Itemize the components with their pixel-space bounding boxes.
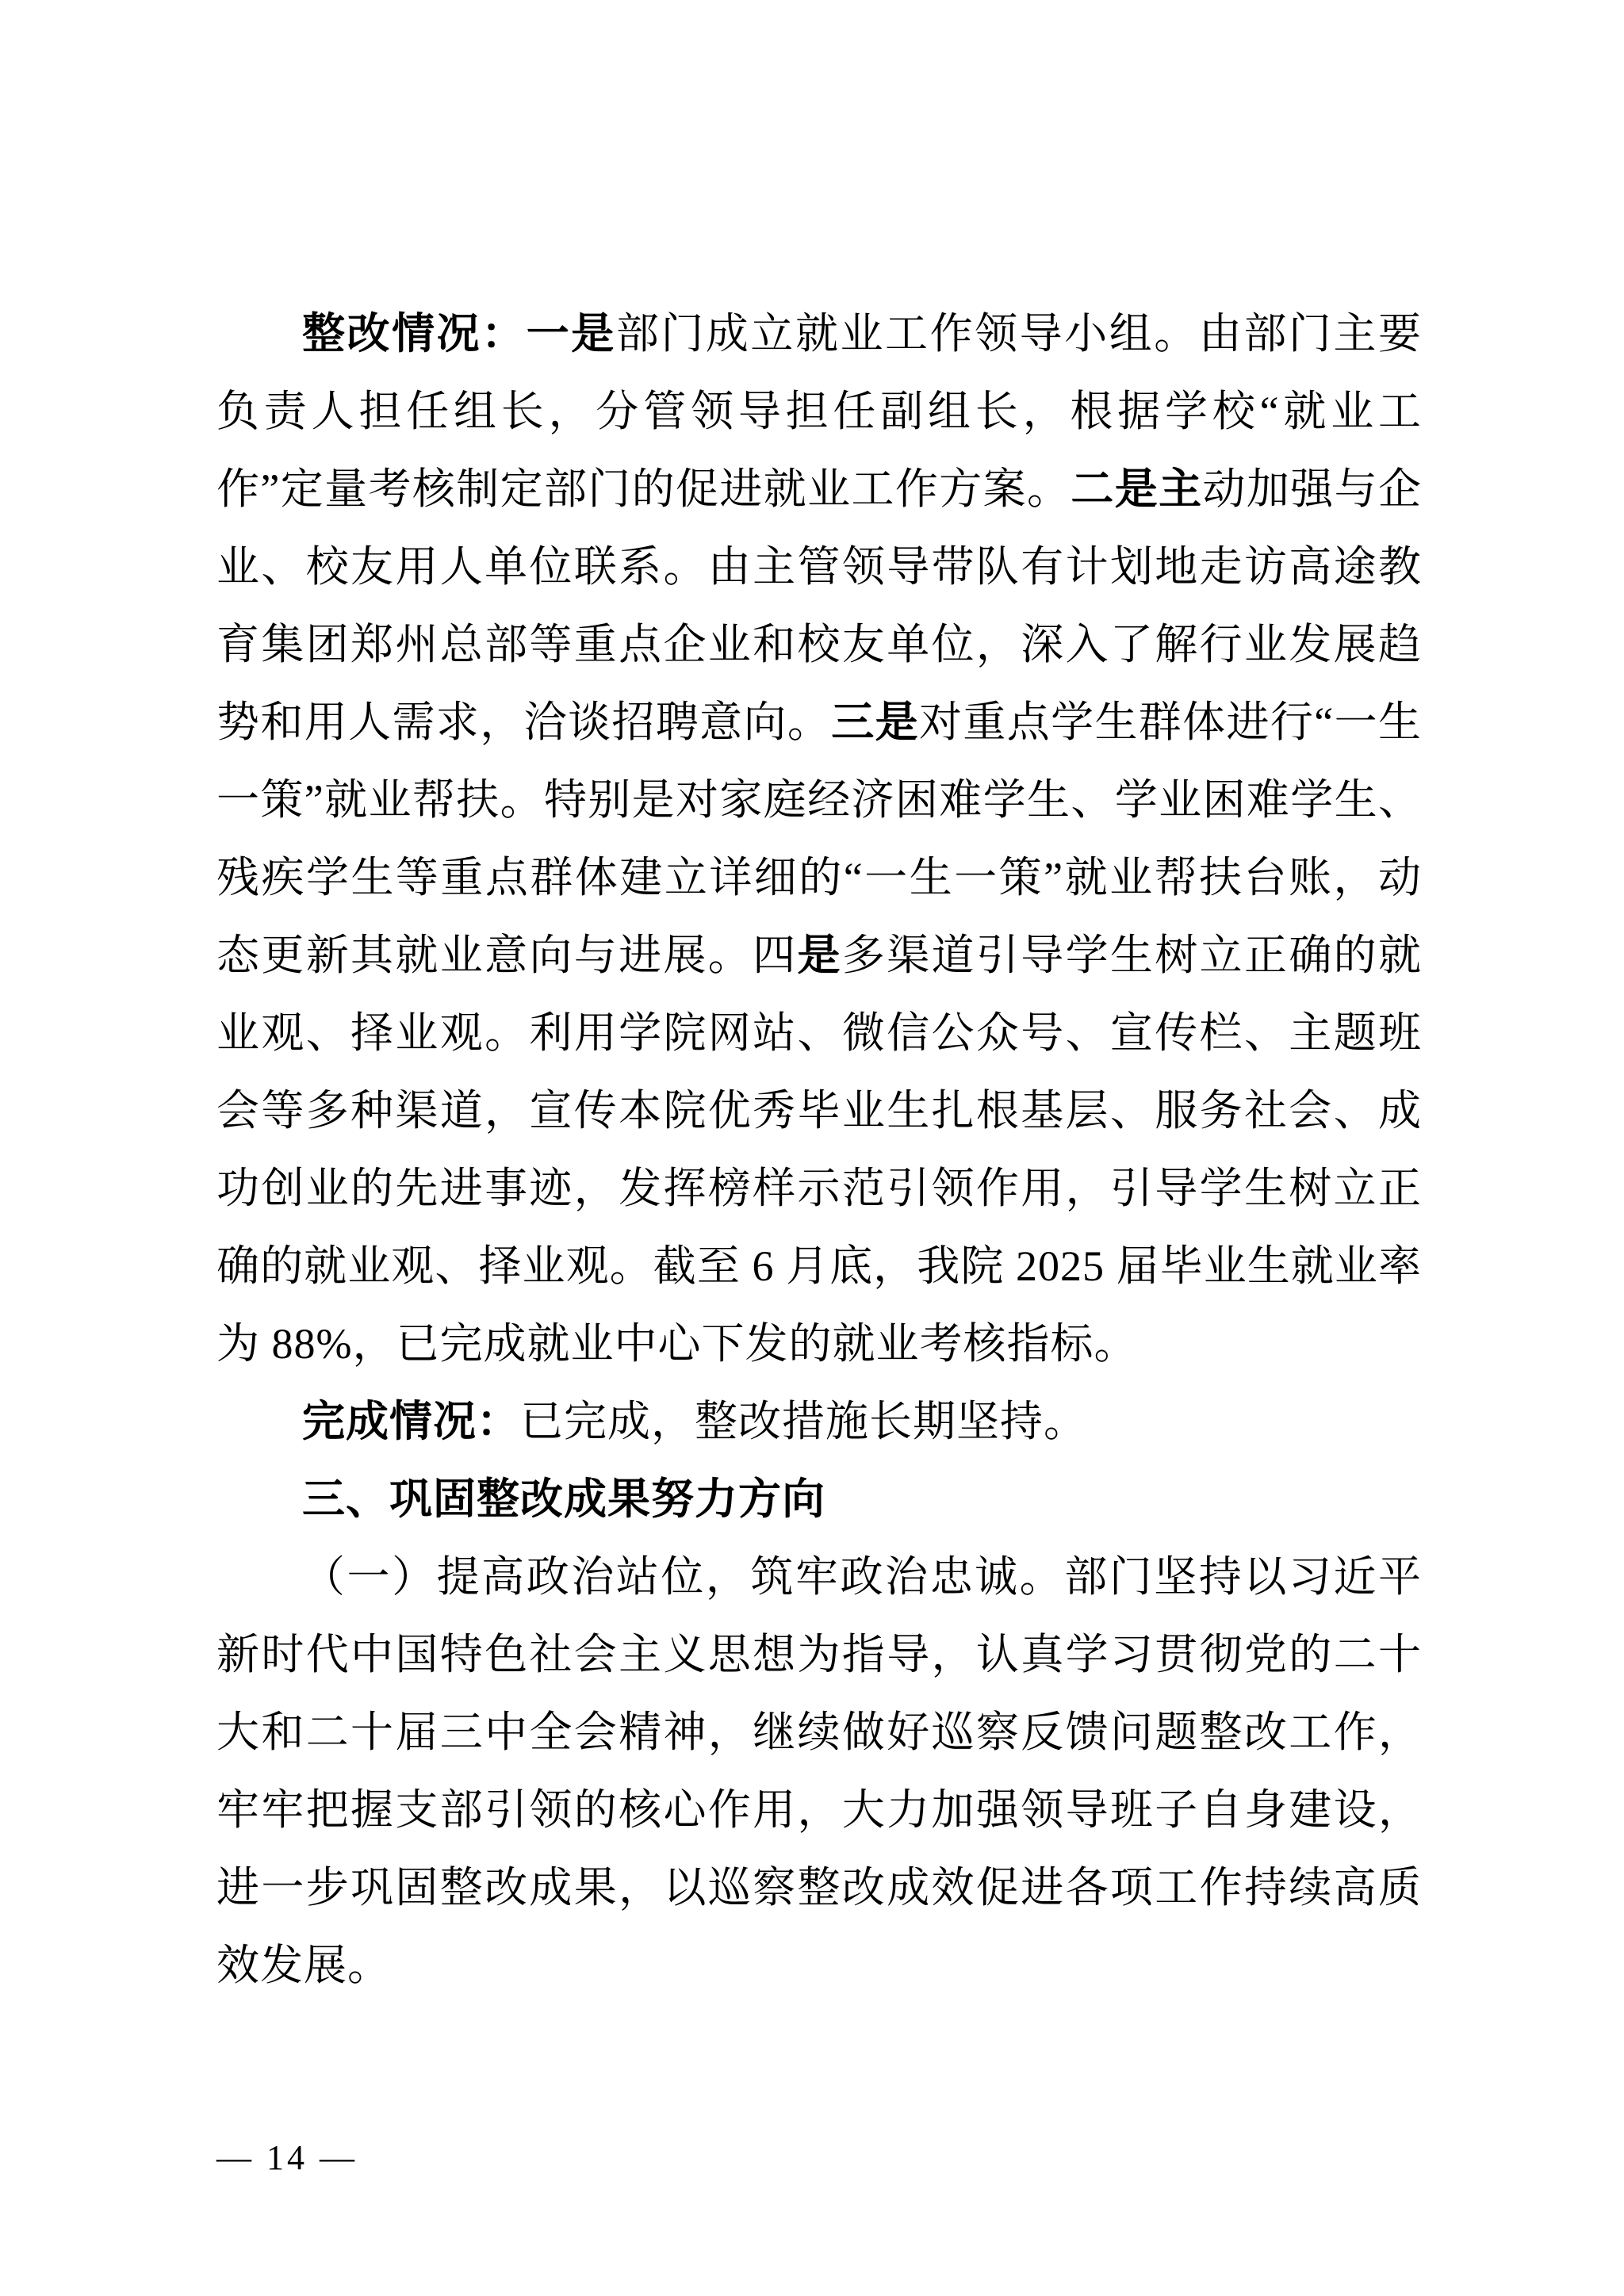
section-heading-text: 三、巩固整改成果努力方向 — [302, 1475, 825, 1523]
document-page: 整改情况：一是部门成立就业工作领导小组。由部门主要负责人担任组长，分管领导担任副… — [0, 0, 1624, 2296]
rectification-status-label: 整改情况： — [302, 310, 527, 358]
completion-status-text: 已完成，整改措施长期坚持。 — [520, 1398, 1087, 1445]
subsection-one-heading: （一）提高政治站位，筑牢政治忠诚。 — [302, 1553, 1064, 1601]
point-four-label: 是 — [798, 932, 842, 979]
subsection-one-text: 部门坚持以习近平新时代中国特色社会主义思想为指导，认真学习贯彻党的二十大和二十届… — [216, 1553, 1422, 1989]
page-footer: — 14 — — [216, 2137, 358, 2179]
point-four-text: 多渠道引导学生树立正确的就业观、择业观。利用学院网站、微信公众号、宣传栏、主题班… — [216, 932, 1422, 1368]
paragraph-completion-status: 完成情况：已完成，整改措施长期坚持。 — [216, 1383, 1422, 1460]
point-two-label: 二是主 — [1071, 465, 1202, 513]
section-heading-three: 三、巩固整改成果努力方向 — [216, 1460, 1422, 1538]
paragraph-political-stance: （一）提高政治站位，筑牢政治忠诚。部门坚持以习近平新时代中国特色社会主义思想为指… — [216, 1538, 1422, 2004]
completion-status-label: 完成情况： — [302, 1398, 520, 1445]
point-three-label: 三是 — [831, 698, 919, 746]
paragraph-rectification-measures: 整改情况：一是部门成立就业工作领导小组。由部门主要负责人担任组长，分管领导担任副… — [216, 295, 1422, 1383]
page-number: — 14 — — [216, 2138, 358, 2177]
page-content: 整改情况：一是部门成立就业工作领导小组。由部门主要负责人担任组长，分管领导担任副… — [216, 295, 1422, 2004]
point-one-label: 一是 — [527, 310, 616, 358]
